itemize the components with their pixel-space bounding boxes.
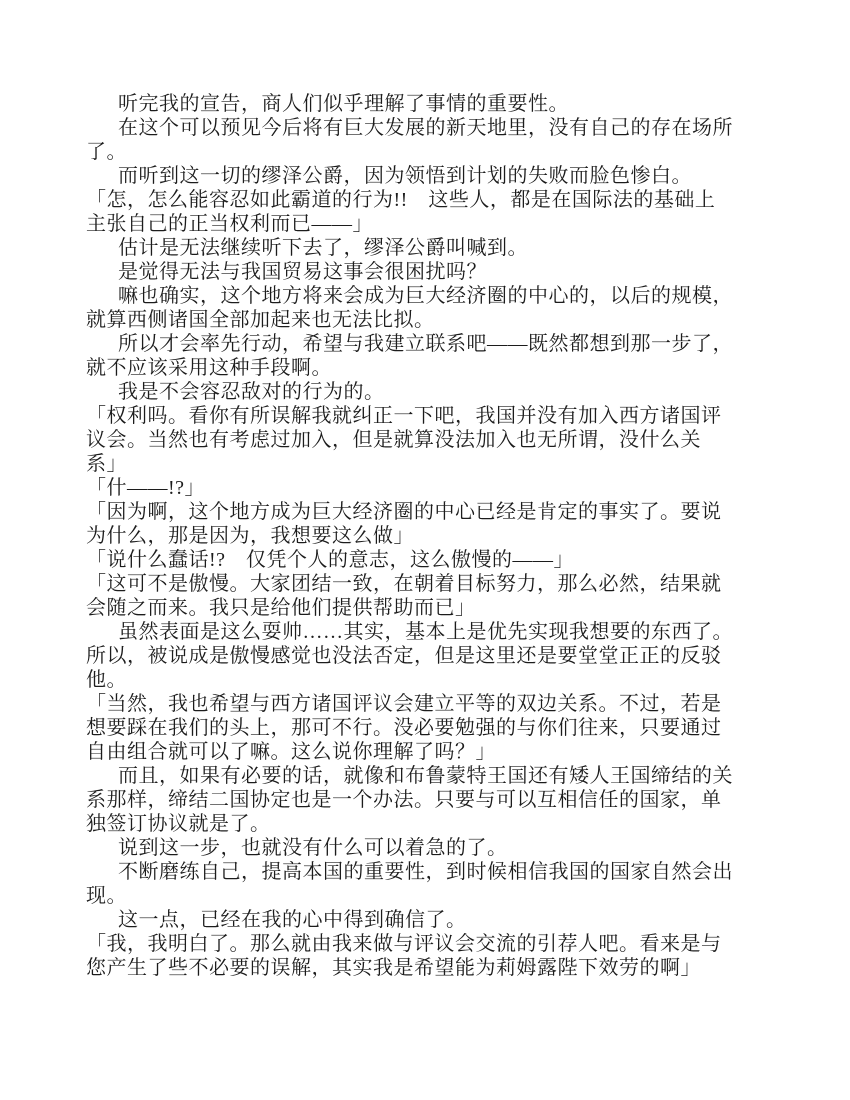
text-line: 我是不会容忍敌对的行为的。	[86, 380, 786, 404]
text-line: 而且，如果有必要的话，就像和布鲁蒙特王国还有矮人王国缔结的关	[86, 764, 786, 788]
text-line: 议会。当然也有考虑过加入，但是就算没法加入也无所谓，没什么关	[86, 428, 786, 452]
text-line: 系」	[86, 452, 786, 476]
text-line: 「当然，我也希望与西方诸国评议会建立平等的双边关系。不过，若是	[86, 692, 786, 716]
text-line: 「我，我明白了。那么就由我来做与评议会交流的引荐人吧。看来是与	[86, 932, 786, 956]
text-line: 现。	[86, 884, 786, 908]
text-line: 不断磨练自己，提高本国的重要性，到时候相信我国的国家自然会出	[86, 860, 786, 884]
text-line: 了。	[86, 140, 786, 164]
text-line: 主张自己的正当权利而已——」	[86, 212, 786, 236]
text-line: 您产生了些不必要的误解，其实我是希望能为莉姆露陛下效劳的啊」	[86, 956, 786, 980]
text-line: 「什——!?」	[86, 476, 786, 500]
text-line: 「权利吗。看你有所误解我就纠正一下吧，我国并没有加入西方诸国评	[86, 404, 786, 428]
text-line: 「怎，怎么能容忍如此霸道的行为!! 这些人，都是在国际法的基础上	[86, 188, 786, 212]
text-body: 听完我的宣告，商人们似乎理解了事情的重要性。在这个可以预见今后将有巨大发展的新天…	[86, 92, 786, 980]
text-line: 在这个可以预见今后将有巨大发展的新天地里，没有自己的存在场所	[86, 116, 786, 140]
text-line: 「因为啊，这个地方成为巨大经济圈的中心已经是肯定的事实了。要说	[86, 500, 786, 524]
text-line: 会随之而来。我只是给他们提供帮助而已」	[86, 596, 786, 620]
text-line: 「说什么蠢话!? 仅凭个人的意志，这么傲慢的——」	[86, 548, 786, 572]
text-line: 想要踩在我们的头上，那可不行。没必要勉强的与你们往来，只要通过	[86, 716, 786, 740]
text-line: 独签订协议就是了。	[86, 812, 786, 836]
document-page: 听完我的宣告，商人们似乎理解了事情的重要性。在这个可以预见今后将有巨大发展的新天…	[0, 0, 850, 1100]
text-line: 为什么，那是因为，我想要这么做」	[86, 524, 786, 548]
text-line: 说到这一步，也就没有什么可以着急的了。	[86, 836, 786, 860]
text-line: 而听到这一切的缪泽公爵，因为领悟到计划的失败而脸色惨白。	[86, 164, 786, 188]
text-line: 估计是无法继续听下去了，缪泽公爵叫喊到。	[86, 236, 786, 260]
text-line: 听完我的宣告，商人们似乎理解了事情的重要性。	[86, 92, 786, 116]
text-line: 嘛也确实，这个地方将来会成为巨大经济圈的中心的，以后的规模，	[86, 284, 786, 308]
text-line: 所以才会率先行动，希望与我建立联系吧——既然都想到那一步了，	[86, 332, 786, 356]
text-line: 他。	[86, 668, 786, 692]
text-line: 就算西侧诸国全部加起来也无法比拟。	[86, 308, 786, 332]
text-line: 是觉得无法与我国贸易这事会很困扰吗？	[86, 260, 786, 284]
text-line: 「这可不是傲慢。大家团结一致，在朝着目标努力，那么必然，结果就	[86, 572, 786, 596]
text-line: 虽然表面是这么耍帅……其实，基本上是优先实现我想要的东西了。	[86, 620, 786, 644]
text-line: 所以，被说成是傲慢感觉也没法否定，但是这里还是要堂堂正正的反驳	[86, 644, 786, 668]
text-line: 自由组合就可以了嘛。这么说你理解了吗？」	[86, 740, 786, 764]
text-line: 这一点，已经在我的心中得到确信了。	[86, 908, 786, 932]
text-line: 就不应该采用这种手段啊。	[86, 356, 786, 380]
text-line: 系那样，缔结二国协定也是一个办法。只要与可以互相信任的国家，单	[86, 788, 786, 812]
